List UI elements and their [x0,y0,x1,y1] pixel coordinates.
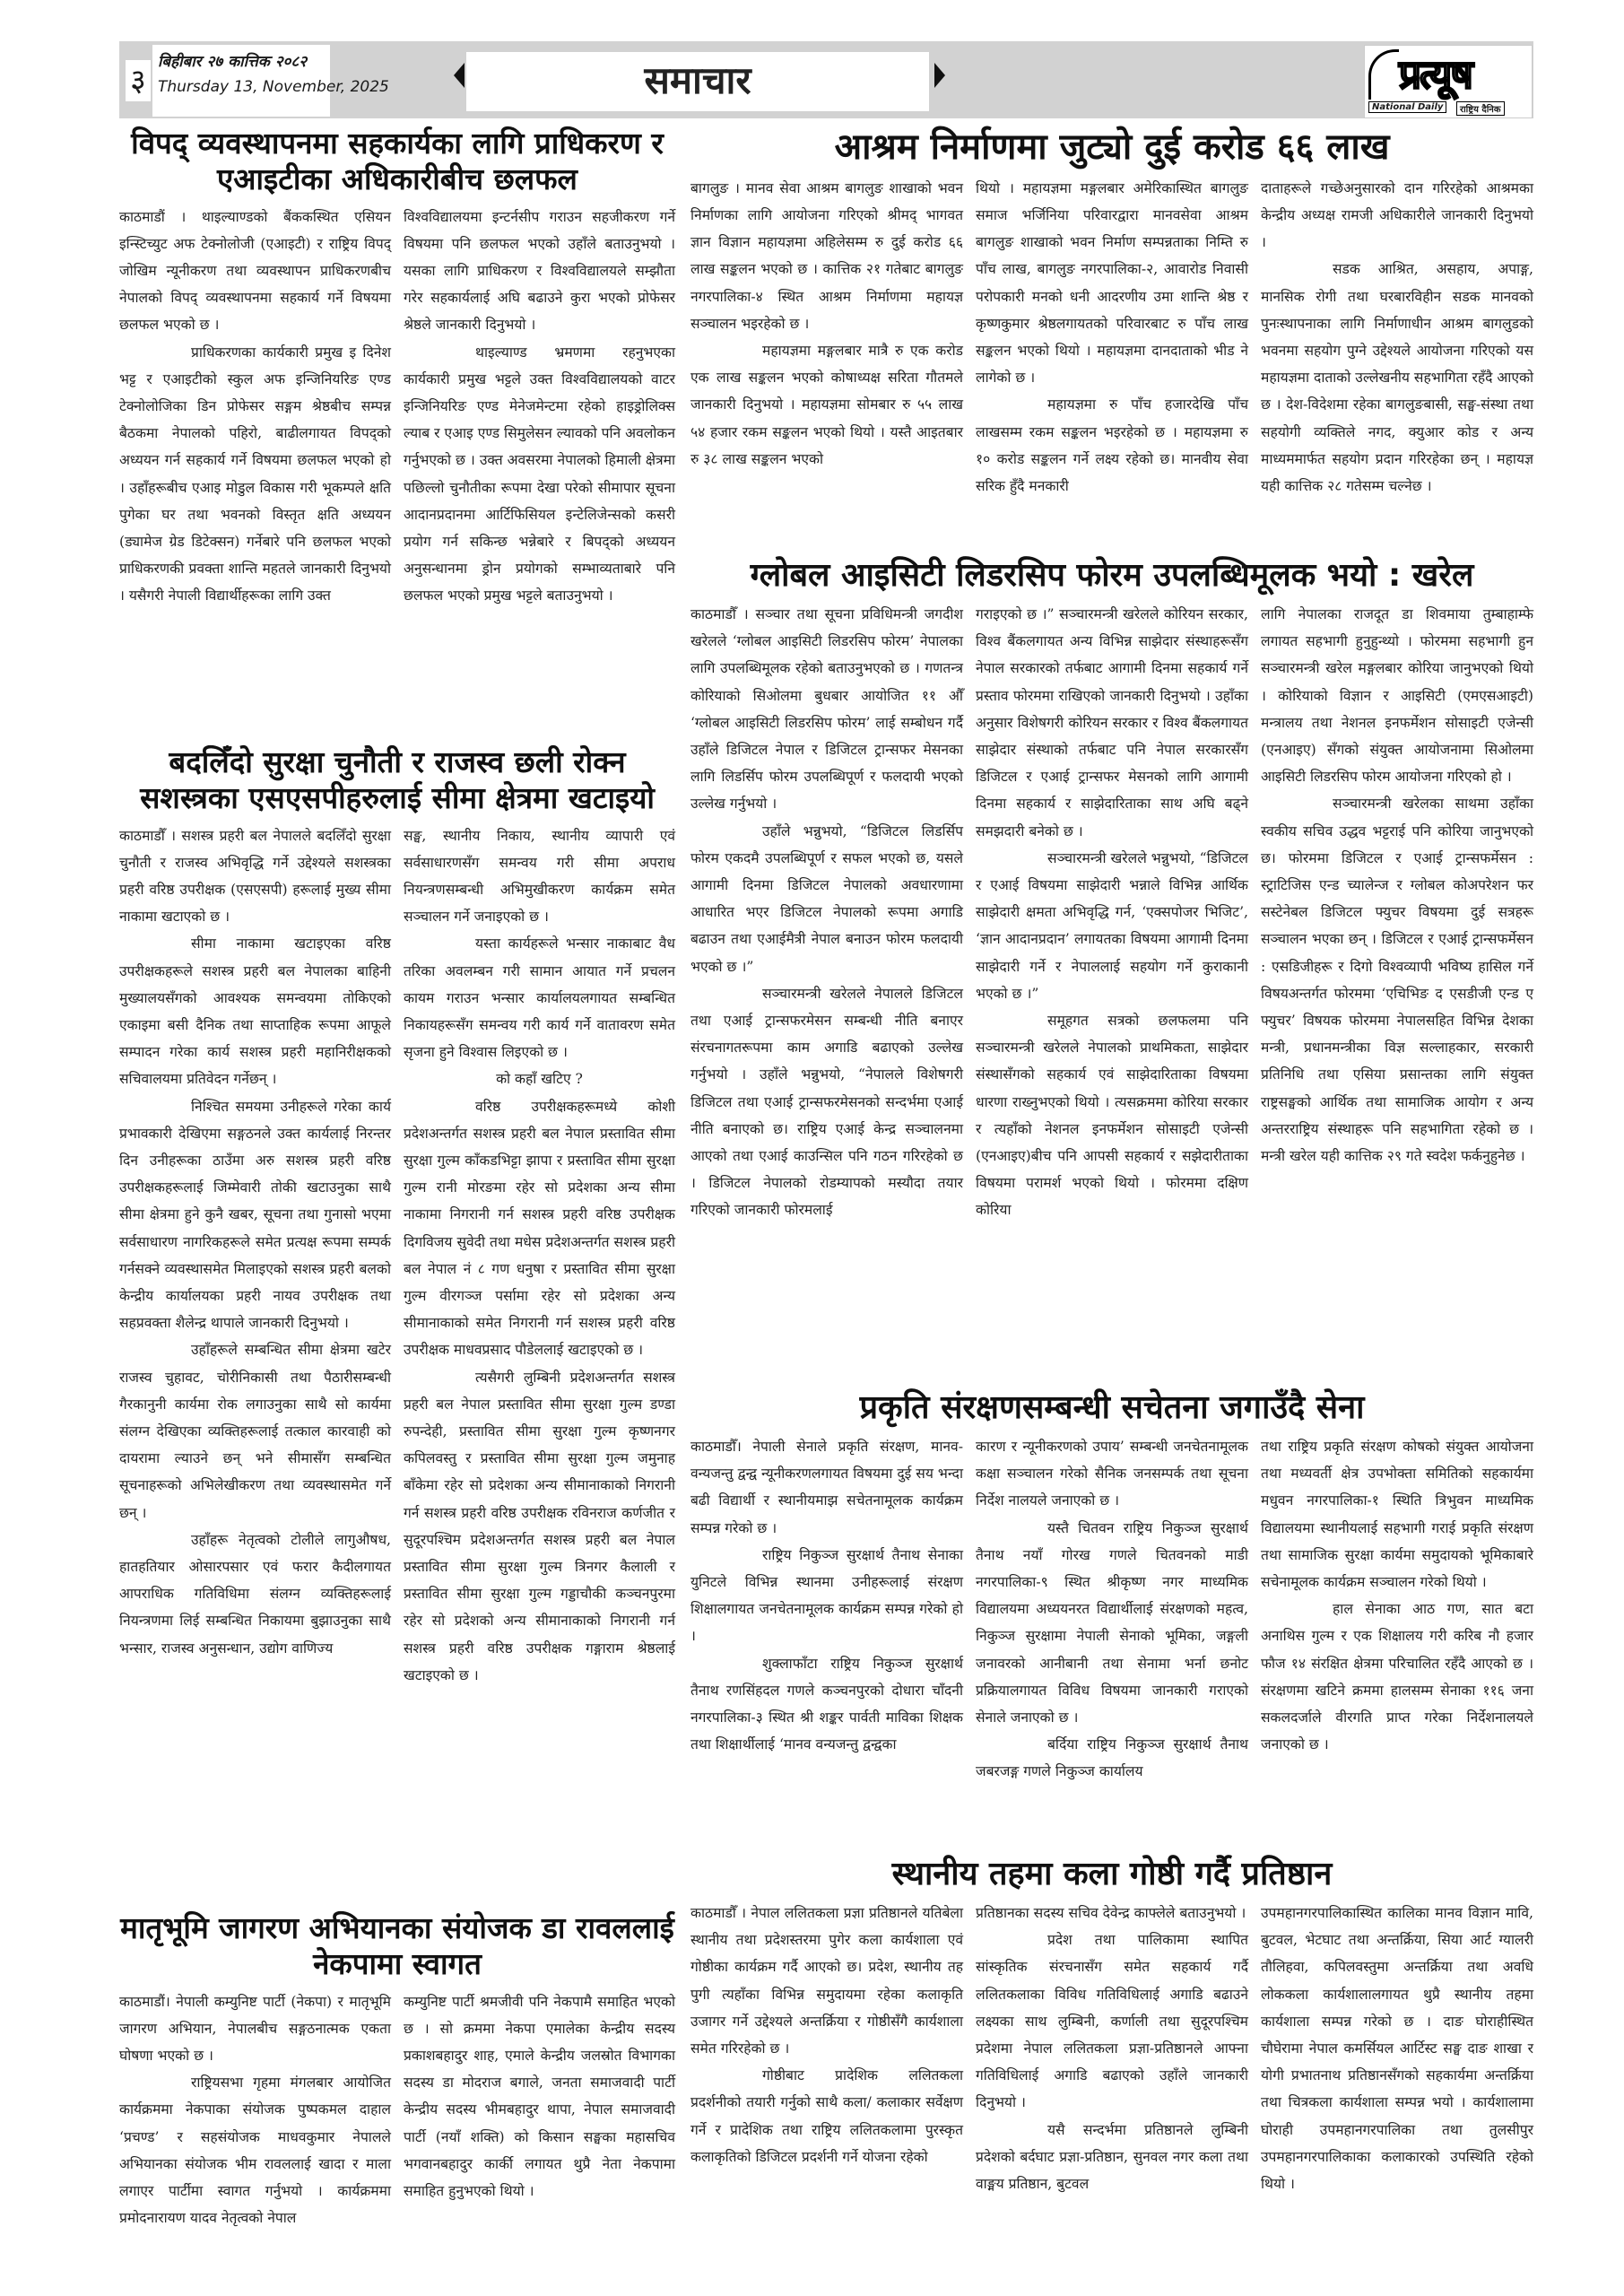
triangle-right-icon [934,63,945,88]
paragraph: प्रदेश तथा पालिकामा स्थापित सांस्कृतिक स… [976,1926,1248,2116]
story-body: बागलुङ । मानव सेवा आश्रम बागलुङ शाखाको भ… [690,175,1533,500]
story-disaster-ait: विपद् व्यवस्थापनमा सहकार्यका लागि प्राधि… [119,126,675,610]
masthead-logo: प्रत्यूष National Daily राष्ट्रिय दैनिक [1364,45,1533,118]
paragraph: हाल सेनाका आठ गण, सात बटा अनाथिस गुल्म र… [1261,1596,1533,1758]
quill-icon [1368,49,1399,100]
paragraph: सञ्चारमन्त्री खरेलले भन्नुभयो, “डिजिटल र… [976,845,1248,1007]
paragraph: सञ्चारमन्त्री खरेलका साथमा उहाँका स्वकीय… [1261,790,1533,1170]
paragraph: उहाँहरूले सम्बन्धित सीमा क्षेत्रमा खटेर … [119,1336,391,1526]
paragraph: निश्चित समयमा उनीहरूले गरेका कार्य प्रभा… [119,1093,391,1337]
story-headline: विपद् व्यवस्थापनमा सहकार्यका लागि प्राधि… [119,126,675,198]
paragraph: राष्ट्रिय निकुञ्ज सुरक्षार्थ तैनाथ सेनाक… [690,1542,963,1650]
paragraph: उहाँहरू नेतृत्वको टोलीले लागुऔषध, हातहति… [119,1526,391,1662]
story-headline: प्रकृति संरक्षणसम्बन्धी सचेतना जगाउँदै स… [690,1388,1533,1428]
paragraph: समूहगत सत्रको छलफलमा पनि सञ्चारमन्त्री ख… [976,1007,1248,1224]
paragraph: कम्युनिष्ट पार्टी श्रमजीवी पनि नेकपामै स… [404,1988,675,2205]
story-column: बागलुङ । मानव सेवा आश्रम बागलुङ शाखाको भ… [690,175,963,500]
paragraph: प्रतिष्ठानका सदस्य सचिव देवेन्द्र काफ्ले… [976,1900,1248,1926]
paragraph: सङ्घ, स्थानीय निकाय, स्थानीय व्यापारी एव… [404,822,675,931]
paragraph: राष्ट्रियसभा गृहमा मंगलबार आयोजित कार्यक… [119,2069,391,2231]
story-column: लागि नेपालका राजदूत डा शिवमाया तुम्बाहाम… [1261,601,1533,1224]
story-body: काठमाडौं । थाइल्याण्डको बैंककस्थित एसियन… [119,204,675,610]
paragraph: वरिष्ठ उपरीक्षकहरूमध्ये कोशी प्रदेशअन्तर… [404,1093,675,1364]
story-body: काठमाडौं। नेपाली कम्युनिष्ट पार्टी (नेकप… [119,1988,675,2232]
story-column: काठमाडौं । थाइल्याण्डको बैंककस्थित एसियन… [119,204,391,610]
story-column: काठमाडौँ । सशस्त्र प्रहरी बल नेपालले बदल… [119,822,391,1690]
story-column: काठमाडौँ । नेपाल ललितकला प्रज्ञा प्रतिष्… [690,1900,963,2197]
paragraph: सडक आश्रित, असहाय, अपाङ्ग, मानसिक रोगी त… [1261,256,1533,500]
paragraph: विश्वविद्यालयमा इन्टर्नसीप गराउन सहजीकरण… [404,204,675,339]
paragraph: शुक्लाफाँटा राष्ट्रिय निकुञ्ज सुरक्षार्थ… [690,1650,963,1759]
story-headline: बदलिँदो सुरक्षा चुनौती र राजस्व छली रोक्… [119,744,675,817]
story-body: काठमाडौँ । नेपाल ललितकला प्रज्ञा प्रतिष्… [690,1900,1533,2197]
date-english: Thursday 13, November, 2025 [158,74,325,100]
story-ashram-fund: आश्रम निर्माणमा जुट्यो दुई करोड ६६ लाख ब… [690,126,1533,500]
paragraph: उपमहानगरपालिकास्थित कालिका मानव विज्ञान … [1261,1900,1533,2197]
story-ict-forum: ग्लोबल आइसिटी लिडरसिप फोरम उपलब्धिमूलक भ… [690,556,1533,1224]
paragraph: काठमाडौँ । सञ्चार तथा सूचना प्रविधिमन्त्… [690,601,963,818]
logo-name: प्रत्यूष [1399,46,1472,100]
story-column: सङ्घ, स्थानीय निकाय, स्थानीय व्यापारी एव… [404,822,675,1690]
story-headline: ग्लोबल आइसिटी लिडरसिप फोरम उपलब्धिमूलक भ… [690,556,1533,596]
story-art-workshop: स्थानीय तहमा कला गोष्ठी गर्दै प्रतिष्ठान… [690,1855,1533,2197]
paragraph: थाइल्याण्ड भ्रमणमा रहनुभएका कार्यकारी प्… [404,339,675,610]
page-number: ३ [126,60,151,101]
date-nepali: बिहीबार २७ कात्तिक २०८२ [158,50,325,74]
story-column: कारण र न्यूनीकरणको उपाय’ सम्बन्धी जनचेतन… [976,1433,1248,1786]
story-column: प्रतिष्ठानका सदस्य सचिव देवेन्द्र काफ्ले… [976,1900,1248,2197]
paragraph: महायज्ञमा मङ्गलबार मात्रै रु एक करोड एक … [690,337,963,473]
paragraph: को कहाँ खटिए ? [404,1065,675,1092]
paragraph: काठमाडौँ । सशस्त्र प्रहरी बल नेपालले बदल… [119,822,391,931]
paragraph: थियो । महायज्ञमा मङ्गलबार अमेरिकास्थित ब… [976,175,1248,392]
story-army-conservation: प्रकृति संरक्षणसम्बन्धी सचेतना जगाउँदै स… [690,1388,1533,1786]
paragraph: उहाँले भन्नुभयो, “डिजिटल लिडर्सिप फोरम ए… [690,818,963,980]
story-headline: स्थानीय तहमा कला गोष्ठी गर्दै प्रतिष्ठान [690,1855,1533,1894]
logo-tagline-np: राष्ट्रिय दैनिक [1456,101,1505,116]
paragraph: बागलुङ । मानव सेवा आश्रम बागलुङ शाखाको भ… [690,175,963,337]
paragraph: यस्ता कार्यहरूले भन्सार नाकाबाट वैध तरिक… [404,930,675,1065]
story-column: गराइएको छ ।” सञ्चारमन्त्री खरेलले कोरियन… [976,601,1248,1224]
date-box: बिहीबार २७ कात्तिक २०८२ Thursday 13, Nov… [152,45,330,117]
story-column: दाताहरूले गच्छेअनुसारको दान गरिरहेको आश्… [1261,175,1533,500]
paragraph: सञ्चारमन्त्री खरेलले नेपालले डिजिटल तथा … [690,980,963,1224]
section-title: समाचार [466,52,929,111]
paragraph: सीमा नाकामा खटाइएका वरिष्ठ उपरीक्षकहरूले… [119,930,391,1092]
story-body: काठमाडौँ । सञ्चार तथा सूचना प्रविधिमन्त्… [690,601,1533,1224]
paragraph: लागि नेपालका राजदूत डा शिवमाया तुम्बाहाम… [1261,601,1533,790]
story-body: काठमाडौँ। नेपाली सेनाले प्रकृति संरक्षण,… [690,1433,1533,1786]
story-column: काठमाडौँ । सञ्चार तथा सूचना प्रविधिमन्त्… [690,601,963,1224]
story-column: काठमाडौँ। नेपाली सेनाले प्रकृति संरक्षण,… [690,1433,963,1786]
paragraph: तथा राष्ट्रिय प्रकृति संरक्षण कोषको संयु… [1261,1433,1533,1596]
story-column: कम्युनिष्ट पार्टी श्रमजीवी पनि नेकपामै स… [404,1988,675,2232]
story-column: उपमहानगरपालिकास्थित कालिका मानव विज्ञान … [1261,1900,1533,2197]
logo-tagline-en: National Daily [1368,101,1446,113]
paragraph: गराइएको छ ।” सञ्चारमन्त्री खरेलले कोरियन… [976,601,1248,845]
story-column: थियो । महायज्ञमा मङ्गलबार अमेरिकास्थित ब… [976,175,1248,500]
paragraph: काठमाडौँ । नेपाल ललितकला प्रज्ञा प्रतिष्… [690,1900,963,2062]
story-column: विश्वविद्यालयमा इन्टर्नसीप गराउन सहजीकरण… [404,204,675,610]
story-rawal-welcome: मातृभूमि जागरण अभियानका संयोजक डा रावलला… [119,1910,675,2231]
paragraph: काठमाडौँ। नेपाली सेनाले प्रकृति संरक्षण,… [690,1433,963,1542]
paragraph: बर्दिया राष्ट्रिय निकुञ्ज सुरक्षार्थ तैन… [976,1731,1248,1785]
paragraph: काठमाडौं । थाइल्याण्डको बैंककस्थित एसियन… [119,204,391,339]
paragraph: दाताहरूले गच्छेअनुसारको दान गरिरहेको आश्… [1261,175,1533,257]
paragraph: यस्तै चितवन राष्ट्रिय निकुञ्ज सुरक्षार्थ… [976,1515,1248,1732]
triangle-left-icon [454,63,465,88]
story-body: काठमाडौँ । सशस्त्र प्रहरी बल नेपालले बदल… [119,822,675,1690]
paragraph: त्यसैगरी लुम्बिनी प्रदेशअन्तर्गत सशस्त्र… [404,1364,675,1689]
story-column: तथा राष्ट्रिय प्रकृति संरक्षण कोषको संयु… [1261,1433,1533,1786]
paragraph: कारण र न्यूनीकरणको उपाय’ सम्बन्धी जनचेतन… [976,1433,1248,1515]
paragraph: काठमाडौं। नेपाली कम्युनिष्ट पार्टी (नेकप… [119,1988,391,2070]
story-headline: आश्रम निर्माणमा जुट्यो दुई करोड ६६ लाख [690,126,1533,170]
paragraph: यसै सन्दर्भमा प्रतिष्ठानले लुम्बिनी प्रद… [976,2117,1248,2198]
story-column: काठमाडौं। नेपाली कम्युनिष्ट पार्टी (नेकप… [119,1988,391,2232]
story-border-security: बदलिँदो सुरक्षा चुनौती र राजस्व छली रोक्… [119,744,675,1689]
story-headline: मातृभूमि जागरण अभियानका संयोजक डा रावलला… [119,1910,675,1983]
paragraph: प्राधिकरणका कार्यकारी प्रमुख इ दिनेश भट्… [119,339,391,610]
paragraph: गोष्ठीबाट प्रादेशिक ललितकला प्रदर्शनीको … [690,2062,963,2170]
paragraph: महायज्ञमा रु पाँच हजारदेखि पाँच लाखसम्म … [976,391,1248,500]
